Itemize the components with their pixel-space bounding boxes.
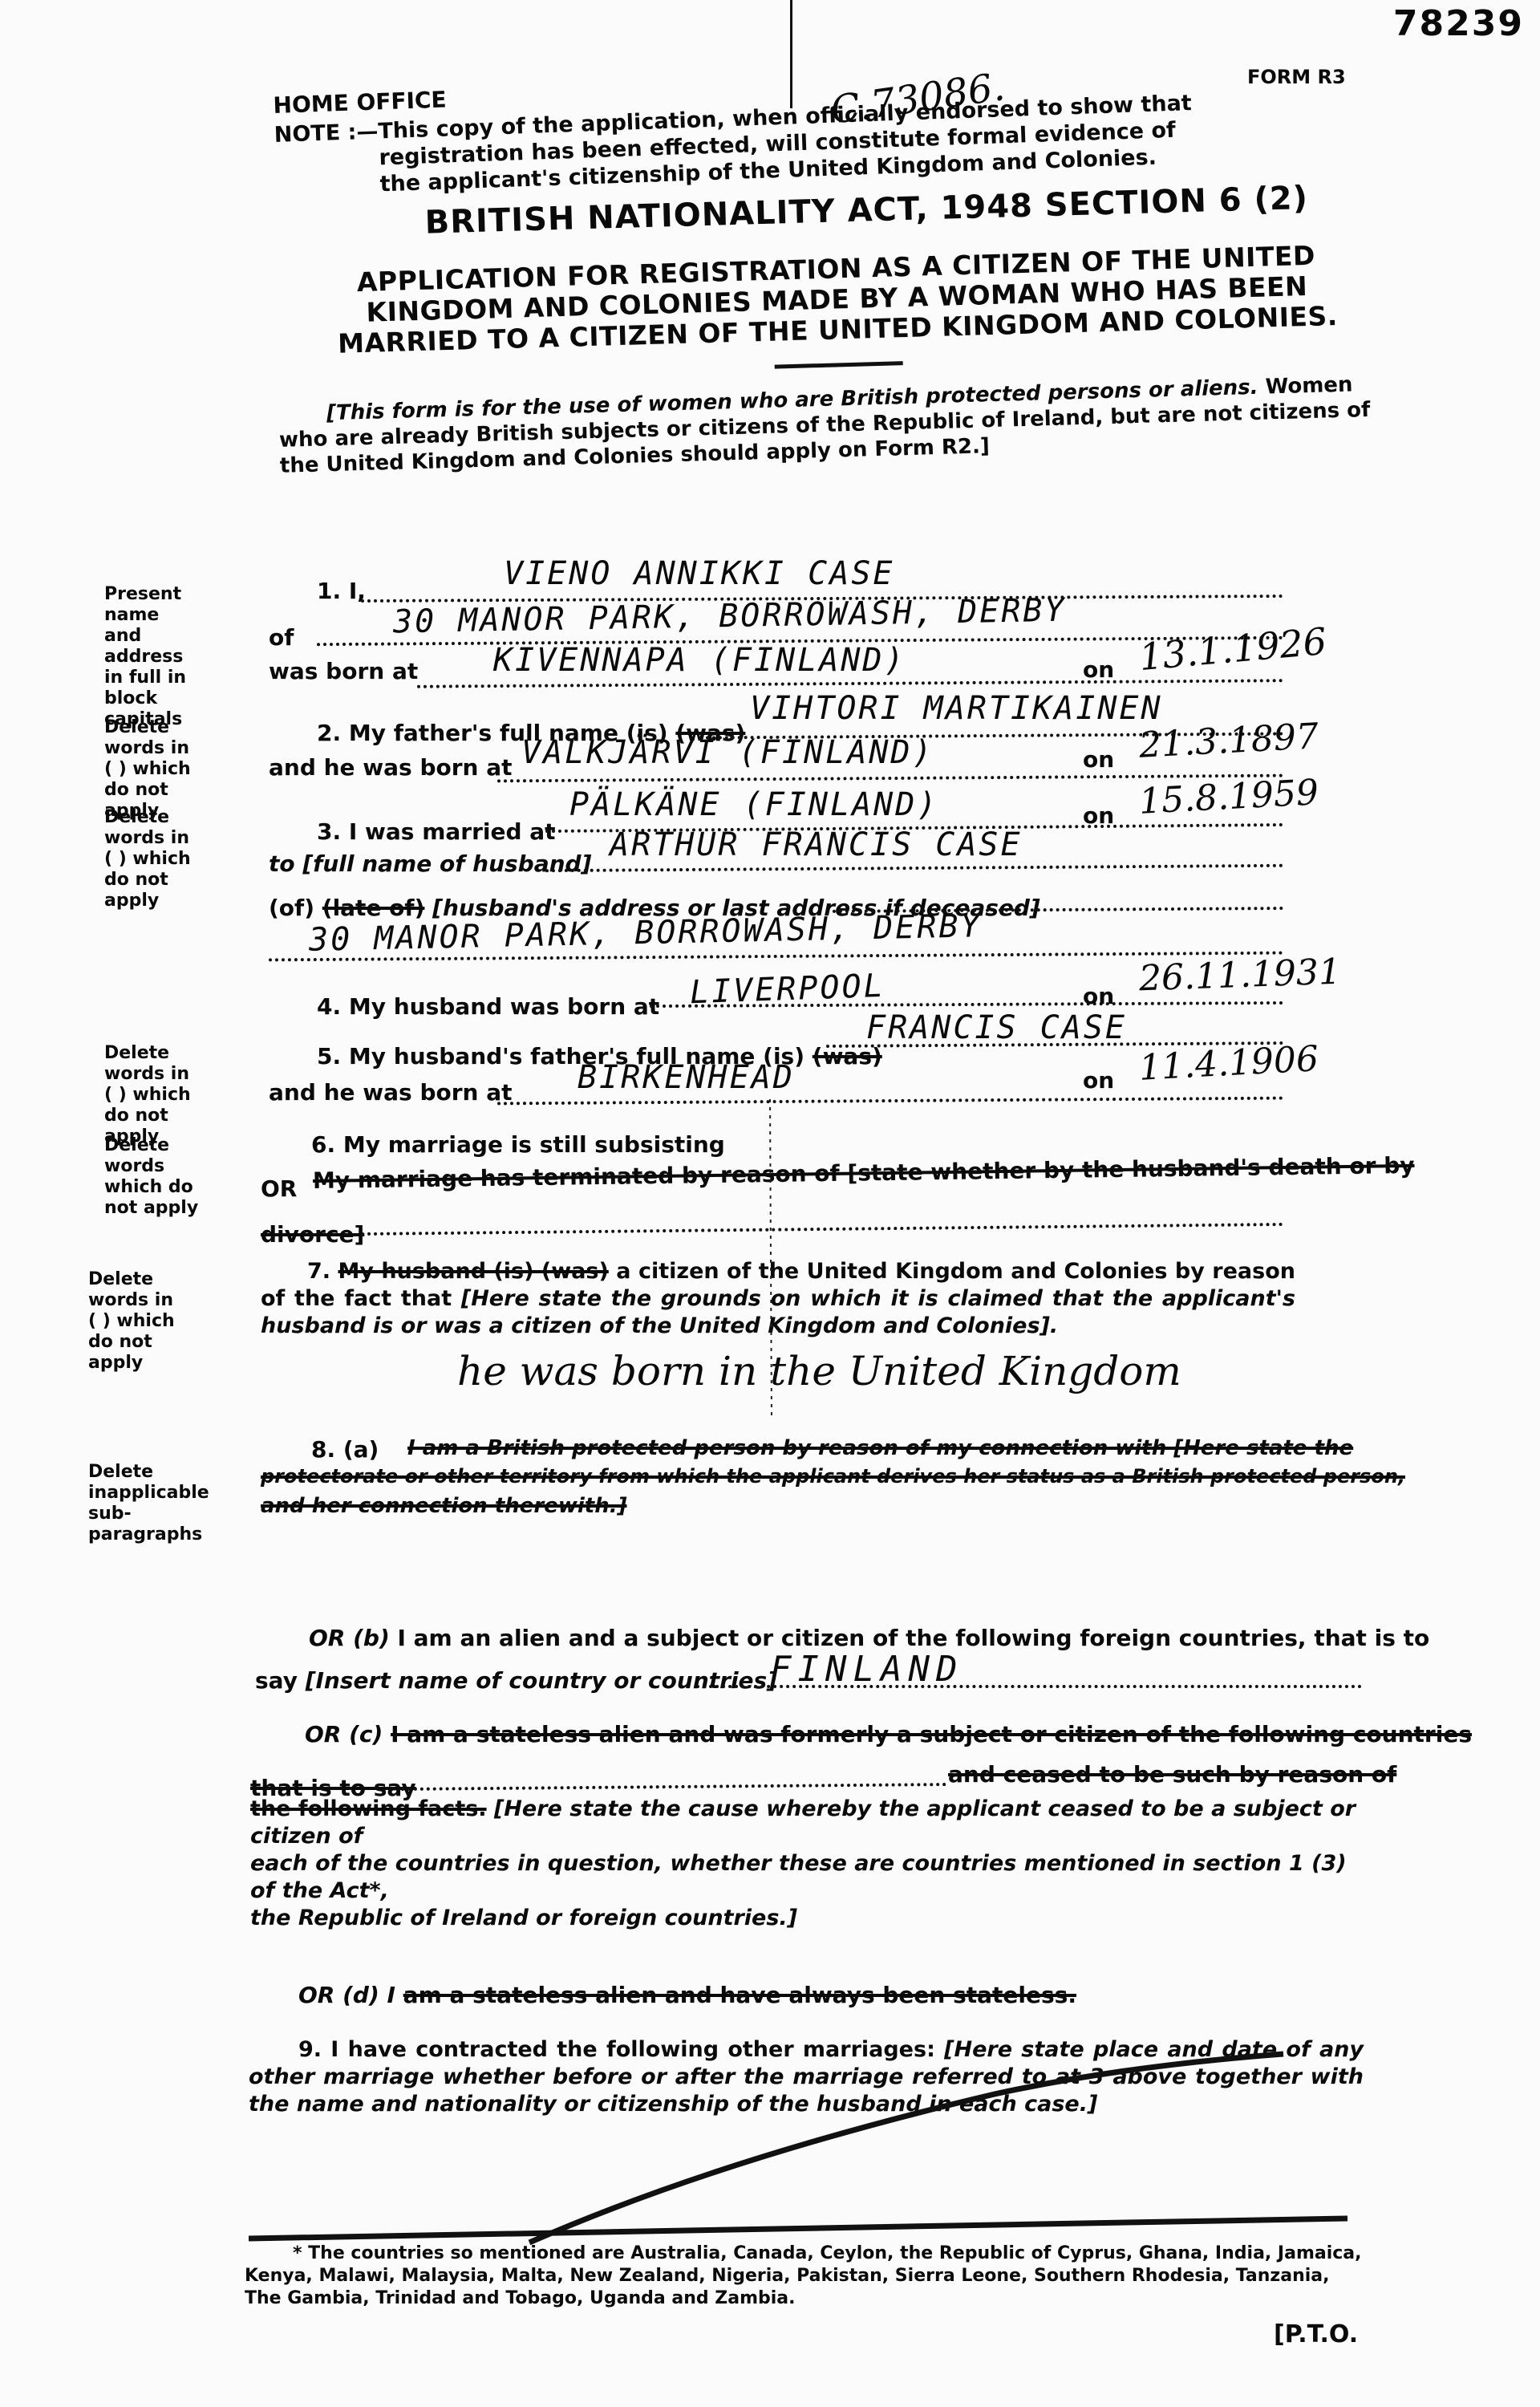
cancel-stroke: [0, 0, 1540, 2407]
pto-label: [P.T.O.: [1274, 2320, 1358, 2348]
footnote: * The countries so mentioned are Austral…: [245, 2243, 1368, 2310]
